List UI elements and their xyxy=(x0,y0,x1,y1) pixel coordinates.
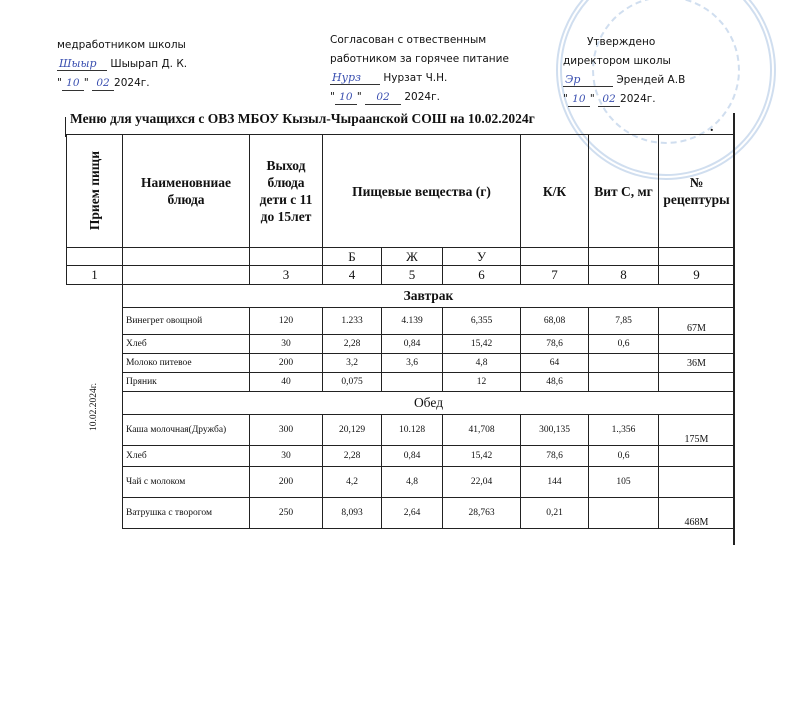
dish-name: Пряник xyxy=(123,373,250,392)
header-kcal: К/К xyxy=(521,135,589,248)
recipe-number xyxy=(659,373,735,392)
subheader-fat: Ж xyxy=(382,248,443,266)
fat-g: 3,6 xyxy=(382,354,443,373)
coordinator-month: 02 xyxy=(365,91,401,105)
coordinator-name: Нурзат Ч.Н. xyxy=(383,72,447,84)
kcal: 48,6 xyxy=(521,373,589,392)
vitamin-c: 0,6 xyxy=(589,446,659,467)
fat-g: 10.128 xyxy=(382,415,443,446)
header-dish: Наименовниае блюда xyxy=(123,135,250,248)
carbs-g: 28,763 xyxy=(443,498,521,529)
header-vitc: Вит С, мг xyxy=(589,135,659,248)
fat-g: 4,8 xyxy=(382,467,443,498)
colnum-1: 1 xyxy=(67,266,123,285)
carbs-g: 15,42 xyxy=(443,335,521,354)
carbs-g: 12 xyxy=(443,373,521,392)
output-g: 40 xyxy=(250,373,323,392)
protein-g: 2,28 xyxy=(323,335,382,354)
header-recipe: № рецептуры xyxy=(659,135,735,248)
column-number-row: 1 3 4 5 6 7 8 9 xyxy=(67,266,735,285)
recipe-number: 468М xyxy=(659,498,735,529)
subheader-carbs: У xyxy=(443,248,521,266)
output-g: 300 xyxy=(250,415,323,446)
output-g: 200 xyxy=(250,354,323,373)
colnum-7: 7 xyxy=(521,266,589,285)
coordinator-day: 10 xyxy=(335,91,357,105)
table-row: Пряник400,0751248,6 xyxy=(67,373,735,392)
output-g: 250 xyxy=(250,498,323,529)
protein-g: 2,28 xyxy=(323,446,382,467)
dish-name: Чай с молоком xyxy=(123,467,250,498)
kcal: 64 xyxy=(521,354,589,373)
table-row: Чай с молоком2004,24,822,04144105 xyxy=(67,467,735,498)
carbs-g: 41,708 xyxy=(443,415,521,446)
vitamin-c xyxy=(589,373,659,392)
recipe-number: 67М xyxy=(659,308,735,335)
colnum-4: 4 xyxy=(323,266,382,285)
table-row: Ватрушка с творогом2508,0932,6428,7630,2… xyxy=(67,498,735,529)
recipe-number xyxy=(659,467,735,498)
colnum-3: 3 xyxy=(250,266,323,285)
menu-table: Прием пищи Наименовниае блюда Выход блюд… xyxy=(66,134,735,529)
vitamin-c: 1.,356 xyxy=(589,415,659,446)
kcal: 78,6 xyxy=(521,446,589,467)
vitamin-c xyxy=(589,498,659,529)
vitamin-c: 0,6 xyxy=(589,335,659,354)
table-row: Молоко питевое2003,23,64,86436М xyxy=(67,354,735,373)
fat-g: 0,84 xyxy=(382,446,443,467)
table-row: Хлеб302,280,8415,4278,60,6 xyxy=(67,446,735,467)
recipe-number xyxy=(659,335,735,354)
header-row: Прием пищи Наименовниае блюда Выход блюд… xyxy=(67,135,735,248)
carbs-g: 6,355 xyxy=(443,308,521,335)
director-approval-block: Утверждено директором школы Эр Эрендей А… xyxy=(587,33,685,109)
kcal: 78,6 xyxy=(521,335,589,354)
protein-g: 1.233 xyxy=(323,308,382,335)
protein-g: 0,075 xyxy=(323,373,382,392)
director-month: 02 xyxy=(598,93,620,107)
recipe-number: 175М xyxy=(659,415,735,446)
coordinator-role-line2: работником за горячее питание xyxy=(330,50,509,69)
fat-g xyxy=(382,373,443,392)
section-row: Обед xyxy=(67,392,735,415)
header-nutrients: Пищевые вещества (г) xyxy=(323,135,521,248)
carbs-g: 22,04 xyxy=(443,467,521,498)
dish-name: Хлеб xyxy=(123,446,250,467)
director-signature: Эр xyxy=(563,73,613,87)
protein-g: 3,2 xyxy=(323,354,382,373)
vitamin-c: 105 xyxy=(589,467,659,498)
kcal: 144 xyxy=(521,467,589,498)
kcal: 300,135 xyxy=(521,415,589,446)
protein-g: 20,129 xyxy=(323,415,382,446)
medic-approval-block: медработником школы Шыыр Шыырап Д. К. "1… xyxy=(57,36,187,93)
medic-year: 2024г. xyxy=(114,77,150,89)
section-title: Завтрак xyxy=(123,285,735,308)
fat-g: 4.139 xyxy=(382,308,443,335)
medic-day: 10 xyxy=(62,77,84,91)
carbs-g: 15,42 xyxy=(443,446,521,467)
recipe-number xyxy=(659,446,735,467)
protein-g: 8,093 xyxy=(323,498,382,529)
output-g: 30 xyxy=(250,335,323,354)
medic-signature: Шыыр xyxy=(57,57,107,71)
subheader-protein: Б xyxy=(323,248,382,266)
date-cell: 10.02.2024г. xyxy=(67,285,123,529)
dish-name: Винегрет овощной xyxy=(123,308,250,335)
document-title: Меню для учащихся с ОВЗ МБОУ Кызыл-Чыраа… xyxy=(70,111,535,127)
director-name: Эрендей А.В xyxy=(616,74,685,86)
table-row: Хлеб302,280,8415,4278,60,6 xyxy=(67,335,735,354)
colnum-8: 8 xyxy=(589,266,659,285)
colnum-2 xyxy=(123,266,250,285)
director-role-line1: Утверждено xyxy=(587,33,685,52)
fat-g: 2,64 xyxy=(382,498,443,529)
medic-role: медработником школы xyxy=(57,36,187,55)
protein-g: 4,2 xyxy=(323,467,382,498)
carbs-g: 4,8 xyxy=(443,354,521,373)
output-g: 120 xyxy=(250,308,323,335)
fat-g: 0,84 xyxy=(382,335,443,354)
dish-name: Каша молочная(Дружба) xyxy=(123,415,250,446)
vitamin-c: 7,85 xyxy=(589,308,659,335)
director-role-line2: директором школы xyxy=(563,52,685,71)
table-row: Винегрет овощной1201.2334.1396,35568,087… xyxy=(67,308,735,335)
dish-name: Молоко питевое xyxy=(123,354,250,373)
header-output: Выход блюда дети с 11 до 15лет xyxy=(250,135,323,248)
dish-name: Ватрушка с творогом xyxy=(123,498,250,529)
director-day: 10 xyxy=(568,93,590,107)
coordinator-approval-block: Согласован с отвественным работником за … xyxy=(330,31,509,107)
output-g: 30 xyxy=(250,446,323,467)
coordinator-year: 2024г. xyxy=(404,91,440,103)
header-meal: Прием пищи xyxy=(67,135,123,248)
kcal: 68,08 xyxy=(521,308,589,335)
colnum-5: 5 xyxy=(382,266,443,285)
coordinator-role-line1: Согласован с отвественным xyxy=(330,31,509,50)
coordinator-signature: Нурз xyxy=(330,71,380,85)
colnum-9: 9 xyxy=(659,266,735,285)
section-row: 10.02.2024г.Завтрак xyxy=(67,285,735,308)
section-title: Обед xyxy=(123,392,735,415)
colnum-6: 6 xyxy=(443,266,521,285)
medic-month: 02 xyxy=(92,77,114,91)
table-row: Каша молочная(Дружба)30020,12910.12841,7… xyxy=(67,415,735,446)
nutrient-subheader-row: Б Ж У xyxy=(67,248,735,266)
director-year: 2024г. xyxy=(620,93,656,105)
vitamin-c xyxy=(589,354,659,373)
recipe-number: 36М xyxy=(659,354,735,373)
kcal: 0,21 xyxy=(521,498,589,529)
medic-name: Шыырап Д. К. xyxy=(110,58,187,70)
dish-name: Хлеб xyxy=(123,335,250,354)
output-g: 200 xyxy=(250,467,323,498)
